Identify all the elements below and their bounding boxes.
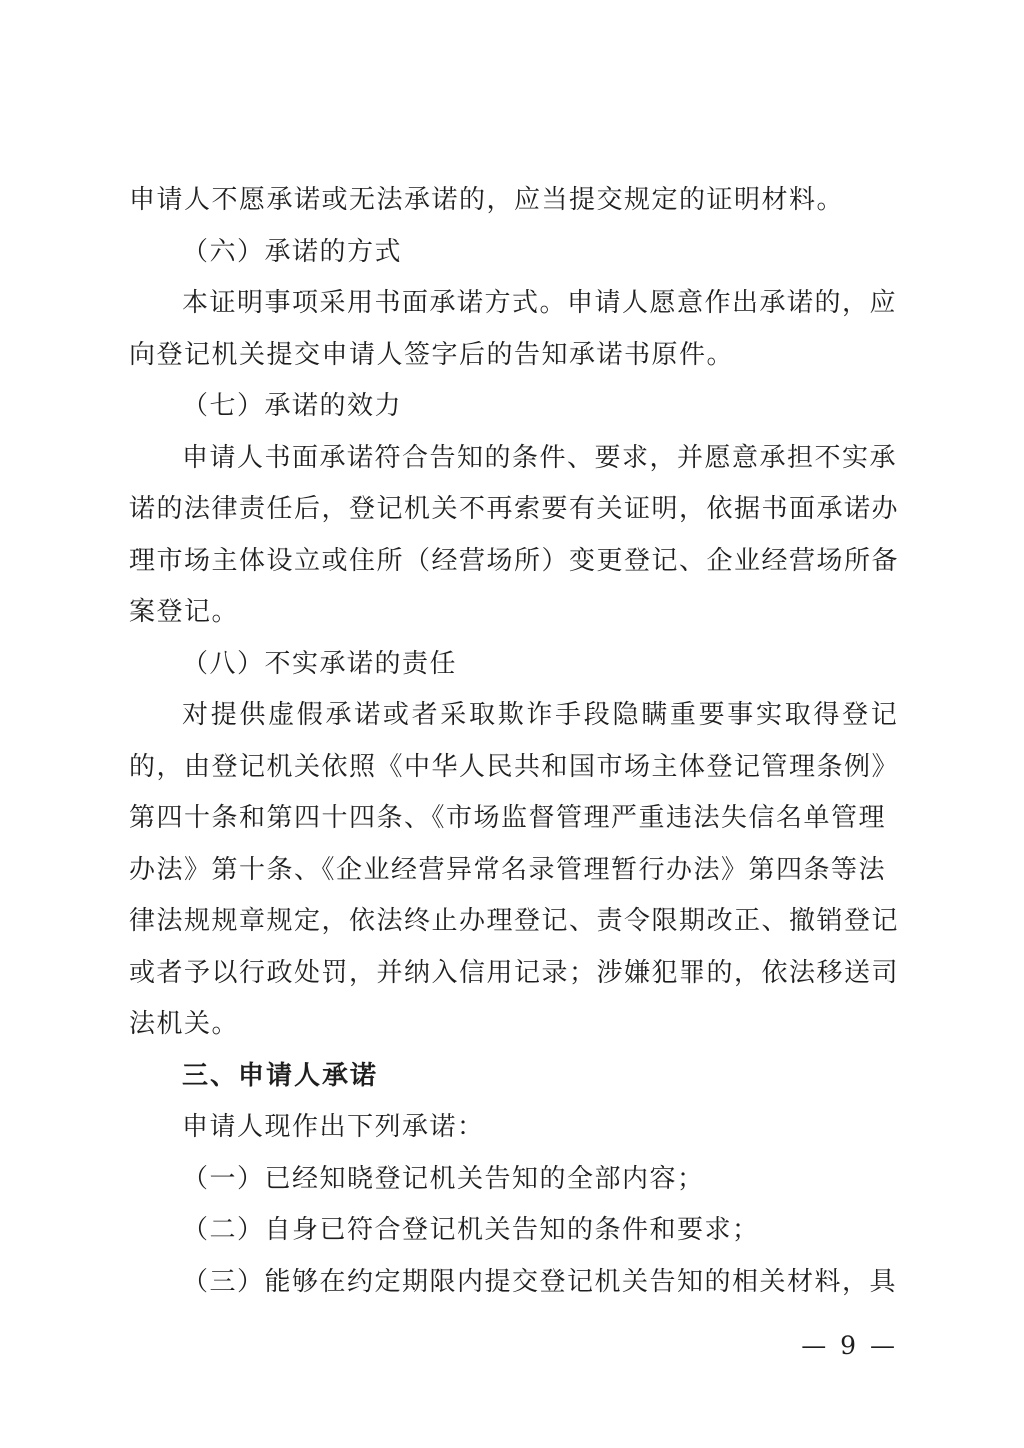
document-page: 申请人不愿承诺或无法承诺的，应当提交规定的证明材料。 （六）承诺的方式 本证明事…	[0, 0, 1024, 1448]
body-text-line: 本证明事项采用书面承诺方式。申请人愿意作出承诺的，应	[129, 278, 899, 330]
section-heading-8: （八）不实承诺的责任	[129, 639, 899, 691]
page-number: — 9 —	[801, 1331, 898, 1360]
commitment-item-3: （三）能够在约定期限内提交登记机关告知的相关材料，具	[129, 1257, 899, 1309]
body-text-line: 第四十条和第四十四条、《市场监督管理严重违法失信名单管理	[129, 793, 899, 845]
body-text-line: 办法》第十条、《企业经营异常名录管理暂行办法》第四条等法	[129, 845, 899, 897]
section-heading-7: （七）承诺的效力	[129, 381, 899, 433]
commitment-item-1: （一）已经知晓登记机关告知的全部内容；	[129, 1154, 899, 1206]
commitment-item-2: （二）自身已符合登记机关告知的条件和要求；	[129, 1205, 899, 1257]
body-text-line: 法机关。	[129, 999, 899, 1051]
body-text-line: 申请人现作出下列承诺：	[129, 1102, 899, 1154]
section-heading-6: （六）承诺的方式	[129, 227, 899, 279]
page-footer: — 9 —	[801, 1332, 898, 1360]
body-text-line: 理市场主体设立或住所（经营场所）变更登记、企业经营场所备	[129, 536, 899, 588]
body-text-line: 向登记机关提交申请人签字后的告知承诺书原件。	[129, 330, 899, 382]
body-text-line: 申请人书面承诺符合告知的条件、要求，并愿意承担不实承	[129, 433, 899, 485]
body-text-line: 或者予以行政处罚，并纳入信用记录；涉嫌犯罪的，依法移送司	[129, 948, 899, 1000]
body-text-line: 申请人不愿承诺或无法承诺的，应当提交规定的证明材料。	[129, 175, 899, 227]
body-text-line: 案登记。	[129, 587, 899, 639]
body-text-line: 律法规规章规定，依法终止办理登记、责令限期改正、撤销登记	[129, 896, 899, 948]
body-text-line: 的，由登记机关依照《中华人民共和国市场主体登记管理条例》	[129, 742, 899, 794]
body-text-line: 对提供虚假承诺或者采取欺诈手段隐瞒重要事实取得登记	[129, 690, 899, 742]
body-text-line: 诺的法律责任后，登记机关不再索要有关证明，依据书面承诺办	[129, 484, 899, 536]
document-body: 申请人不愿承诺或无法承诺的，应当提交规定的证明材料。 （六）承诺的方式 本证明事…	[129, 175, 899, 1308]
chapter-heading-3: 三、申请人承诺	[129, 1051, 899, 1103]
